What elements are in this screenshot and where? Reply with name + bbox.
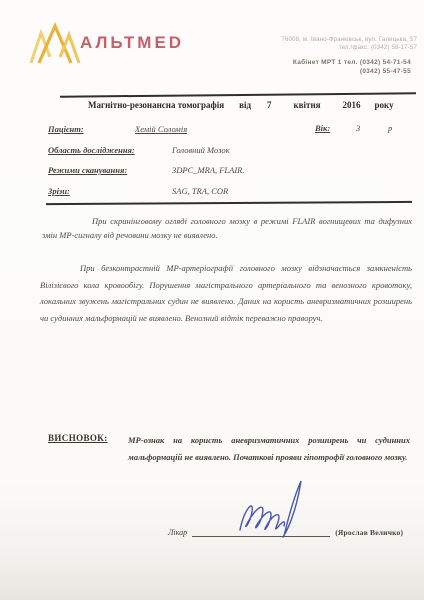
report-date-month: квітня — [294, 100, 321, 110]
report-date-day: 7 — [267, 100, 272, 110]
mri-report-document: АЛЬТМЕD 76008, м. Івано-Франківськ, вул.… — [0, 0, 424, 600]
report-title-text: Магнітно-резонансна томографія — [88, 100, 224, 110]
section-divider — [46, 201, 412, 205]
report-title: Магнітно-резонансна томографія від 7 кві… — [88, 100, 384, 110]
crown-logo-icon — [26, 22, 84, 73]
age-value: 3 — [356, 123, 360, 133]
doctor-name: (Ярослав Величко) — [335, 528, 403, 537]
doctor-label: Лікар — [168, 528, 187, 537]
signature-line — [192, 527, 330, 537]
clinic-name: АЛЬТМЕD — [80, 33, 184, 53]
mrt-cabinet-phone-line-1: Кабінет МРТ 1 тел. (0342) 54-71-54 — [293, 59, 411, 68]
clinic-address-line: 76008, м. Івано-Франківськ, вул. Галицьк… — [282, 36, 418, 44]
header-divider — [60, 92, 416, 97]
study-region-label: Область дослідження: — [48, 145, 135, 155]
patient-label: Пацієнт: — [48, 124, 84, 134]
report-date-word-year: року — [375, 100, 394, 110]
findings-paragraph-angiography: При безконтрастній МР-артеріографії голо… — [40, 260, 412, 326]
scan-modes-value: 3DPC_MRA, FLAIR. — [172, 165, 244, 175]
slices-value: SAG, TRA, COR — [172, 186, 228, 196]
conclusion-text: МР-ознак на користь аневризматичних розш… — [128, 432, 410, 466]
age-unit: р — [388, 123, 392, 133]
report-date-year: 2016 — [343, 100, 361, 110]
mrt-cabinet-contact-block: Кабінет МРТ 1 тел. (0342) 54-71-54 (0342… — [293, 59, 411, 76]
clinic-contact-block: 76008, м. Івано-Франківськ, вул. Галицьк… — [282, 36, 418, 52]
clinic-phone-line: тел./факс: (0342) 58-17-57 — [282, 44, 418, 52]
mrt-cabinet-phone-line-2: (0342) 55-47-55 — [293, 68, 411, 77]
age-label: Вік: — [315, 123, 330, 133]
slices-label: Зрізи: — [48, 186, 70, 196]
findings-paragraph-flair: При скринінговому огляді головного мозку… — [42, 215, 412, 242]
patient-name: Хемій Соломія — [135, 124, 187, 134]
conclusion-label: ВИСНОВОК: — [48, 433, 108, 443]
report-date-word-from: від — [239, 100, 251, 110]
doctor-signature-row: Лікар (Ярослав Величко) — [168, 527, 403, 537]
study-region-value: Головний Мозок — [172, 145, 230, 155]
scan-modes-label: Режими сканування: — [48, 165, 127, 175]
